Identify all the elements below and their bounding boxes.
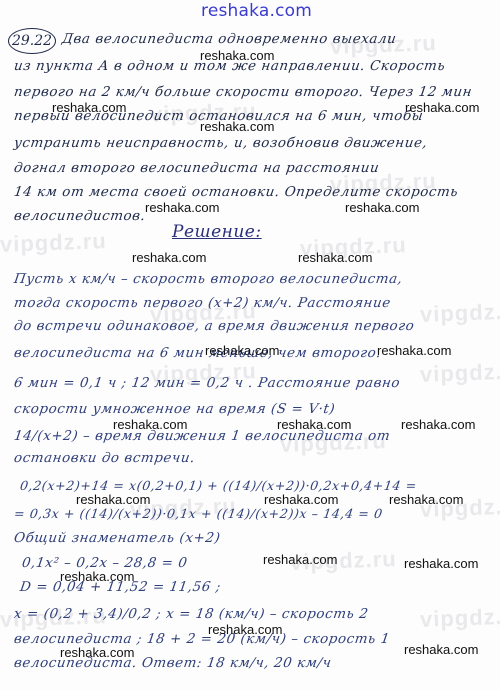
site-watermark: reshaka.com xyxy=(377,344,451,357)
background-watermark: vipgdz.ru xyxy=(420,298,500,328)
site-watermark: reshaka.com xyxy=(208,623,282,636)
site-watermark: reshaka.com xyxy=(405,101,479,114)
site-watermark-top: reshaka.com xyxy=(201,3,312,20)
solution-equation: 0,2(x+2)+14 = x(0,2+0,1) + ((14)/(x+2))·… xyxy=(19,480,418,493)
problem-line: Два велосипедиста одновременно выехали xyxy=(61,33,397,46)
solution-line: 6 мин = 0,1 ч ; 12 мин = 0,2 ч . Расстоя… xyxy=(13,377,401,390)
site-watermark: reshaka.com xyxy=(145,201,219,214)
site-watermark: reshaka.com xyxy=(401,418,475,431)
homework-page: vipgdz.ru vipgdz.ru vipgdz.ru vipgdz.ru … xyxy=(0,0,500,690)
problem-line: догнал второго велосипедиста на расстоян… xyxy=(13,162,380,175)
background-watermark: vipgdz.ru xyxy=(0,228,107,258)
site-watermark: reshaka.com xyxy=(404,643,478,656)
site-watermark: reshaka.com xyxy=(200,49,274,62)
solution-line: тогда скорость первого (x+2) км/ч. Расст… xyxy=(13,297,392,310)
solution-line: скорости умноженное на время (S = V·t) xyxy=(13,403,336,416)
site-watermark: reshaka.com xyxy=(404,557,478,570)
site-watermark: reshaka.com xyxy=(76,493,150,506)
solution-line: остановки до встречи. xyxy=(13,452,196,465)
problem-line: 14 км от места своей остановки. Определи… xyxy=(13,186,459,199)
site-watermark: reshaka.com xyxy=(263,553,337,566)
solution-line: 14/(x+2) – время движения 1 велосипедист… xyxy=(13,430,391,443)
solution-line: Общий знаменатель (x+2) xyxy=(13,532,221,545)
site-watermark: reshaka.com xyxy=(200,120,274,133)
site-watermark: reshaka.com xyxy=(52,101,126,114)
solution-equation: = 0,3x + ((14)/(x+2))·0,1x + ((14)/(x+2)… xyxy=(13,508,383,521)
solution-heading: Решение: xyxy=(172,222,262,242)
site-watermark: reshaka.com xyxy=(298,251,372,264)
solution-line: x = (0,2 + 3,4)/0,2 ; x = 18 (км/ч) – ск… xyxy=(13,608,369,621)
solution-line: Пусть x км/ч – скорость второго велосипе… xyxy=(13,273,403,286)
site-watermark: reshaka.com xyxy=(345,201,419,214)
problem-number-badge: 29.22 xyxy=(8,28,56,54)
solution-line: до встречи одинаковое, а время движения … xyxy=(13,320,415,333)
solution-line: велосипедиста на 6 мин меньше, чем второ… xyxy=(13,347,382,360)
site-watermark: reshaka.com xyxy=(113,418,187,431)
site-watermark: reshaka.com xyxy=(389,493,463,506)
background-watermark: vipgdz.ru xyxy=(420,603,500,633)
site-watermark: reshaka.com xyxy=(277,418,351,431)
site-watermark: reshaka.com xyxy=(264,493,338,506)
site-watermark: reshaka.com xyxy=(60,570,134,583)
problem-line: устранить неисправность, и, возобновив д… xyxy=(13,137,428,150)
site-watermark: reshaka.com xyxy=(205,344,279,357)
problem-line: велосипедистов. xyxy=(13,210,146,223)
site-watermark: reshaka.com xyxy=(60,646,134,659)
problem-number: 29.22 xyxy=(12,33,52,49)
site-watermark: reshaka.com xyxy=(132,251,206,264)
problem-line: первого на 2 км/ч больше скорости второг… xyxy=(13,86,473,99)
background-watermark: vipgdz.ru xyxy=(420,358,500,388)
